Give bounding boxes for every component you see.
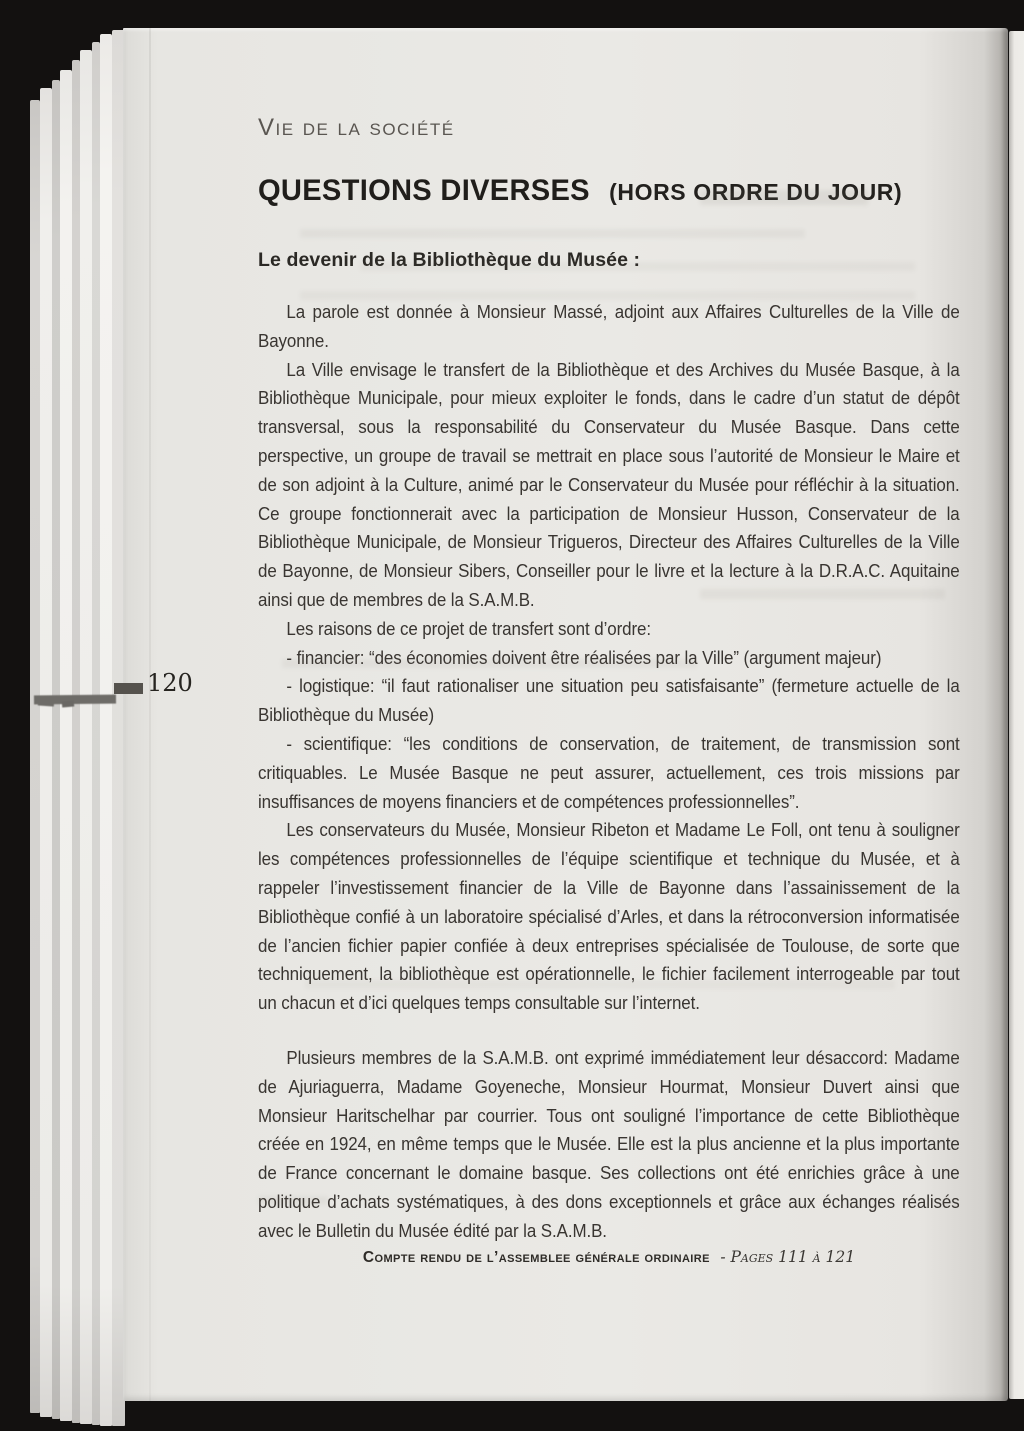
bleed-through-smudge xyxy=(700,589,945,599)
facing-page-sliver xyxy=(1009,31,1024,1399)
page-edge xyxy=(80,50,92,1424)
bleed-through-smudge xyxy=(360,262,915,271)
bleed-through-smudge xyxy=(258,1196,328,1205)
photo-backdrop: Vie de la société QUESTIONS DIVERSES (HO… xyxy=(0,0,1024,1431)
margin-page-number: 120 xyxy=(147,669,193,697)
page-edge xyxy=(52,80,60,1419)
body-paragraph: La parole est donnée à Monsieur Massé, a… xyxy=(258,298,960,356)
page-edge xyxy=(100,34,112,1426)
running-footer: Compte rendu de l’assemblee générale ord… xyxy=(258,1248,960,1267)
footer-page-range: - Pages 111 à 121 xyxy=(720,1248,855,1266)
body-paragraph: Plusieurs membres de la S.A.M.B. ont exp… xyxy=(258,1044,960,1246)
bleed-through-smudge xyxy=(300,291,915,300)
body-paragraph: - financier: “des économies doivent être… xyxy=(258,644,960,673)
gutter-shadow xyxy=(984,28,1008,1401)
bleed-through-smudge xyxy=(700,190,868,205)
body-paragraph: La Ville envisage le transfert de la Bib… xyxy=(258,356,960,615)
page-edge xyxy=(92,42,100,1425)
section-header: Vie de la société xyxy=(258,114,455,142)
footer-label: Compte rendu de l’assemblee générale ord… xyxy=(363,1249,710,1266)
margin-tab xyxy=(114,683,143,694)
bleed-through-smudge xyxy=(282,659,697,668)
body-text: La parole est donnée à Monsieur Massé, a… xyxy=(258,298,960,1246)
page-crease xyxy=(149,28,151,1401)
page-edge xyxy=(30,100,40,1413)
page-edge xyxy=(60,70,72,1421)
page-edge xyxy=(40,88,52,1417)
page-title-main: QUESTIONS DIVERSES xyxy=(258,174,590,208)
page-edge xyxy=(72,60,80,1423)
body-paragraph: - logistique: “il faut rationaliser une … xyxy=(258,672,960,730)
body-paragraph: Les raisons de ce projet de transfert so… xyxy=(258,615,960,644)
bleed-through-smudge xyxy=(305,980,895,989)
body-paragraph: - scientifique: “les conditions de conse… xyxy=(258,730,960,816)
fore-edge-tab xyxy=(62,700,74,707)
fore-edge-tab xyxy=(38,699,54,706)
bleed-through-smudge xyxy=(300,229,805,238)
